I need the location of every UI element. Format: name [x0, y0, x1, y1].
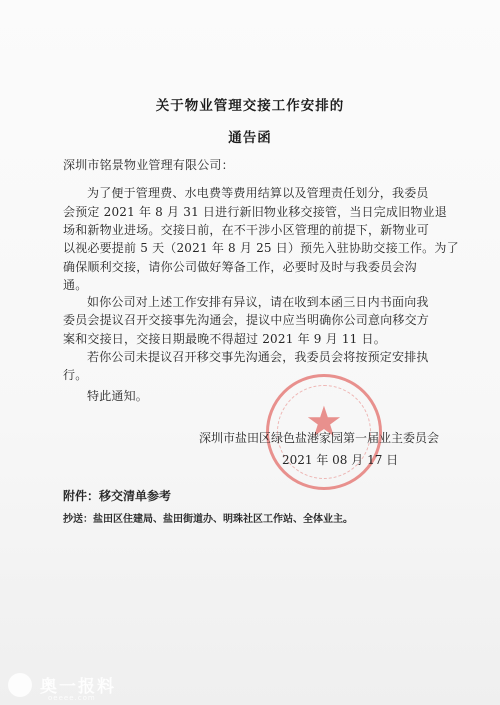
- paragraph-1-line: 以视必要提前 5 天（2021 年 8 月 25 日）预先入驻协助交接工作。为了: [63, 240, 435, 256]
- watermark-logo-icon: [8, 673, 32, 697]
- paragraph-3-line: 行。: [63, 367, 435, 383]
- paragraph-1-line: 场和新物业进场。交接日前，在不干涉小区管理的前提下，新物业可: [63, 222, 435, 238]
- cc-list: 抄送：盐田区住建局、盐田街道办、明珠社区工作站、全体业主。: [63, 510, 353, 525]
- paragraph-1-line: 为了便于管理费、水电费等费用结算以及管理责任划分，我委员: [87, 185, 459, 201]
- signature-organization: 深圳市盐田区绿色盐港家园第一届业主委员会: [199, 429, 439, 446]
- watermark-site: oeeee.com: [48, 694, 96, 702]
- paragraph-1-line: 通。: [63, 277, 435, 293]
- paragraph-1-line: 会预定 2021 年 8 月 31 日进行新旧物业移交接管，当日完成旧物业退: [63, 204, 435, 220]
- watermark: 奥一报料 oeeee.com: [8, 672, 116, 697]
- paragraph-3-line: 若你公司未提议召开移交事先沟通会，我委员会将按预定安排执: [87, 349, 459, 365]
- document-page: 关于物业管理交接工作安排的 通告函 深圳市铭景物业管理有限公司： 为了便于管理费…: [0, 0, 500, 705]
- salutation: 深圳市铭景物业管理有限公司：: [63, 157, 435, 173]
- document-title-line1: 关于物业管理交接工作安排的: [0, 94, 500, 114]
- paragraph-2-line: 案和交接日，交接日期最晚不得超过 2021 年 9 月 11 日。: [63, 331, 435, 347]
- attachment-note: 附件：移交清单参考: [63, 487, 171, 504]
- paragraph-2-line: 委员会提议召开交接事先沟通会，提议中应当明确你公司意向移交方: [63, 312, 435, 328]
- document-title-line2: 通告函: [0, 126, 500, 146]
- paragraph-2-line: 如你公司对上述工作安排有异议，请在收到本函三日内书面向我: [87, 294, 459, 310]
- signature-date: 2021 年 08 月 17 日: [282, 451, 398, 468]
- paragraph-1-line: 确保顺利交接，请你公司做好筹备工作，必要时及时与我委员会沟: [63, 259, 435, 275]
